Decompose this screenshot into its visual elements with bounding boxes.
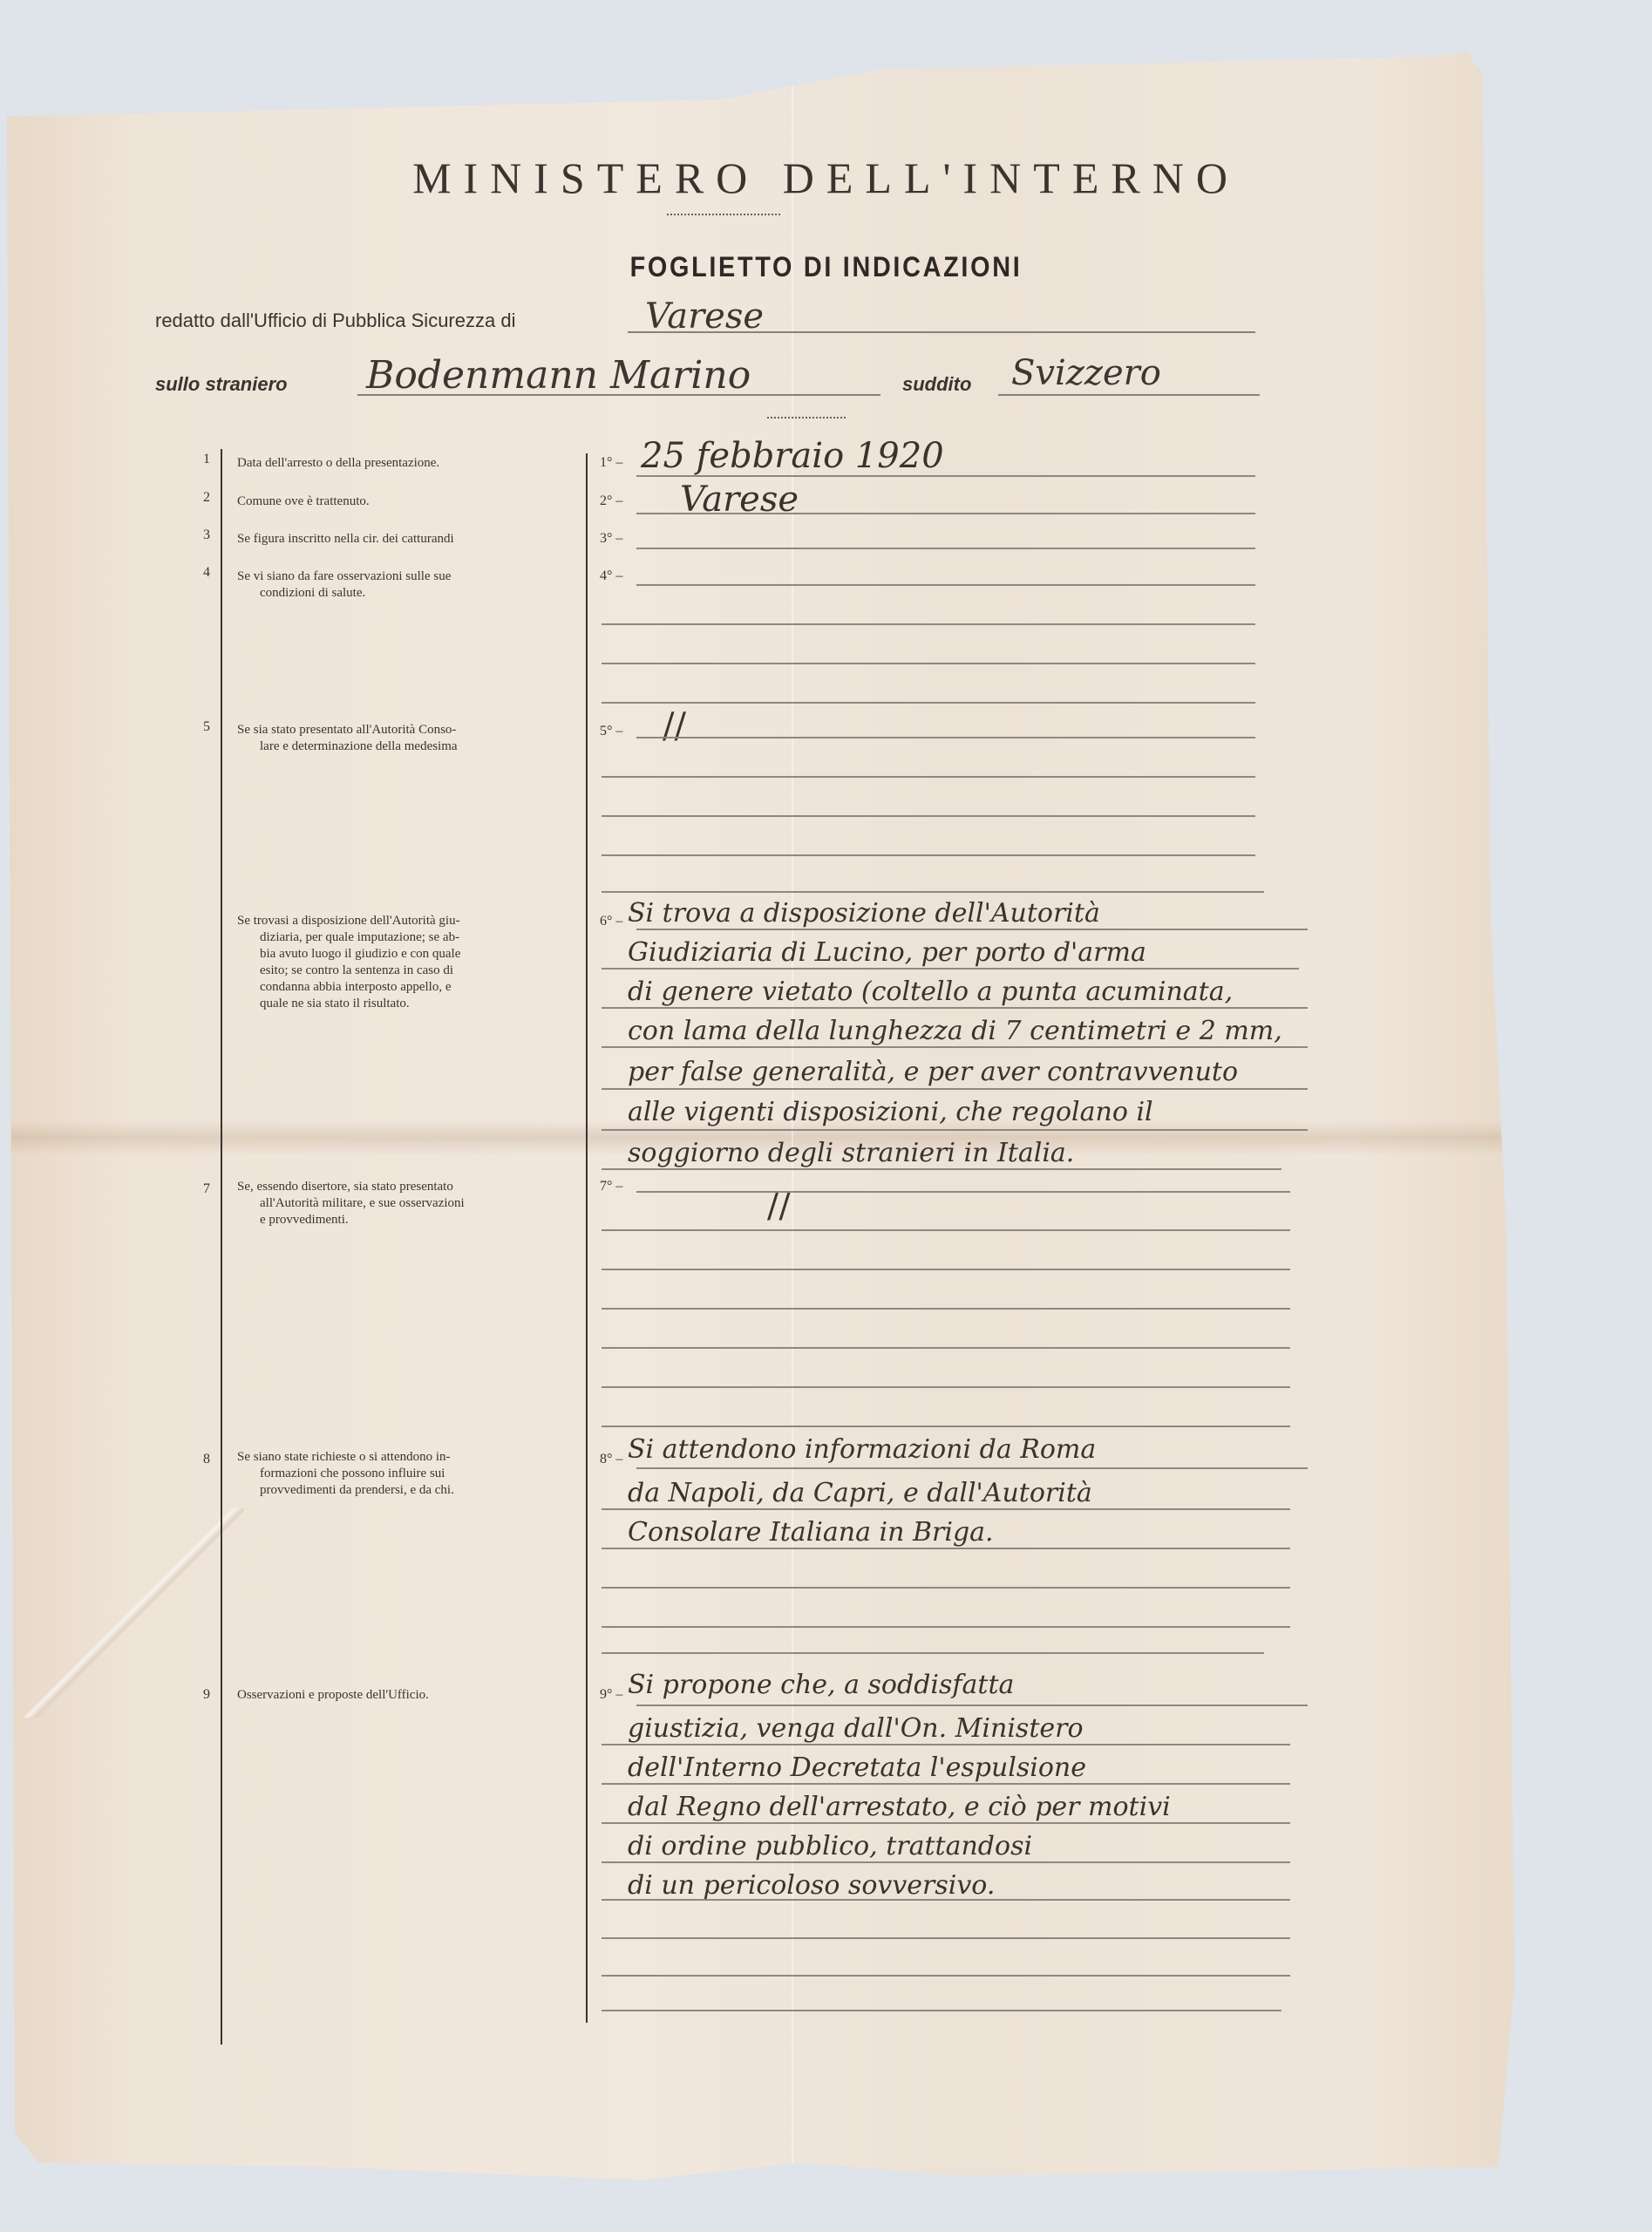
foreigner-label: sullo straniero: [155, 373, 288, 396]
answer-text: //: [663, 706, 686, 746]
answer-line: [636, 1191, 1290, 1193]
answer-prefix: 8° –: [600, 1452, 622, 1467]
answer-text: per false generalità, e per aver contrav…: [628, 1057, 1238, 1087]
answer-text: giustizia, venga dall'On. Ministero: [628, 1713, 1084, 1744]
item-number: 1: [194, 452, 220, 467]
ministry-title: MINISTERO DELL'INTERNO: [0, 153, 1652, 203]
answer-line: [602, 1744, 1290, 1745]
answer-text: 25 febbraio 1920: [641, 436, 944, 476]
answer-line: [602, 1508, 1290, 1510]
office-label: redatto dall'Ufficio di Pubblica Sicurez…: [155, 310, 515, 332]
answer-text: dell'Interno Decretata l'espulsione: [628, 1752, 1086, 1783]
answer-prefix: 3° –: [600, 531, 622, 547]
answer-line: [602, 623, 1255, 625]
answer-text: Consolare Italiana in Briga.: [628, 1517, 994, 1548]
answer-line: [602, 1347, 1290, 1349]
office-underline: [628, 331, 1255, 333]
answer-line: [602, 1426, 1290, 1427]
item-label: Osservazioni e proposte dell'Ufficio.: [237, 1687, 429, 1704]
item-number: 5: [194, 719, 220, 735]
item-label: Se figura inscritto nella cir. dei cattu…: [237, 531, 454, 548]
answer-line: [602, 1899, 1290, 1901]
label-column-rule: [586, 453, 588, 2023]
answer-line: [636, 513, 1255, 514]
answer-line: [602, 1783, 1290, 1785]
item-label: Comune ove è trattenuto.: [237, 493, 370, 510]
answer-line: [636, 929, 1308, 930]
answer-line: [636, 1467, 1308, 1469]
item-label: Se siano state richieste o si attendono …: [237, 1449, 454, 1499]
answer-line: [636, 737, 1255, 738]
answer-line: [602, 1587, 1290, 1589]
foreigner-underline: [357, 394, 880, 396]
answer-line: [602, 854, 1255, 856]
item-number: 7: [194, 1181, 220, 1197]
header-ornament-rule: [767, 417, 846, 418]
answer-line: [602, 815, 1255, 817]
item-label: Se vi siano da fare osservazioni sulle s…: [237, 568, 451, 602]
answer-prefix: 6° –: [600, 914, 622, 929]
answer-line: [602, 1269, 1290, 1270]
answer-line: [602, 1861, 1290, 1863]
answer-text: di un pericoloso sovversivo.: [628, 1870, 995, 1901]
subject-value: Svizzero: [1011, 353, 1161, 393]
answer-line: [602, 1626, 1290, 1628]
answer-line: [636, 475, 1255, 477]
answer-text: soggiorno degli stranieri in Italia.: [628, 1138, 1074, 1168]
answer-prefix: 9° –: [600, 1687, 622, 1703]
item-number: 9: [194, 1687, 220, 1703]
answer-line: [602, 1046, 1308, 1048]
number-column-rule: [221, 449, 222, 2045]
answer-line: [602, 776, 1255, 778]
answer-line: [602, 1129, 1308, 1131]
title-ornament-rule: [667, 214, 780, 215]
subject-underline: [998, 394, 1260, 396]
answer-line: [602, 1168, 1281, 1170]
answer-line: [602, 1007, 1308, 1009]
answer-text: Si attendono informazioni da Roma: [628, 1434, 1096, 1465]
answer-line: [636, 584, 1255, 586]
answer-line: [602, 2010, 1281, 2011]
answer-line: [602, 1975, 1290, 1977]
answer-text: di ordine pubblico, trattandosi: [628, 1831, 1032, 1861]
answer-prefix: 7° –: [600, 1179, 622, 1194]
answer-prefix: 2° –: [600, 493, 622, 509]
answer-line: [602, 1229, 1290, 1231]
item-number: 2: [194, 490, 220, 506]
item-label: Se sia stato presentato all'Autorità Con…: [237, 722, 458, 755]
answer-line: [602, 1937, 1290, 1939]
answer-text: Si propone che, a soddisfatta: [628, 1670, 1014, 1700]
answer-text: dal Regno dell'arrestato, e ciò per moti…: [628, 1792, 1171, 1822]
item-number: 8: [194, 1452, 220, 1467]
answer-text: con lama della lunghezza di 7 centimetri…: [628, 1016, 1282, 1046]
item-label: Se trovasi a disposizione dell'Autorità …: [237, 913, 460, 1012]
subject-label: suddito: [902, 373, 971, 396]
item-label: Se, essendo disertore, sia stato present…: [237, 1179, 465, 1228]
answer-line: [602, 1308, 1290, 1310]
answer-line: [602, 1088, 1308, 1090]
answer-line: [602, 1386, 1290, 1388]
answer-line: [602, 891, 1264, 893]
answer-prefix: 4° –: [600, 568, 622, 584]
answer-text: Giudiziaria di Lucino, per porto d'arma: [628, 937, 1146, 968]
item-number: 3: [194, 527, 220, 543]
answer-text: di genere vietato (coltello a punta acum…: [628, 976, 1233, 1007]
item-number: 4: [194, 565, 220, 581]
foreigner-value: Bodenmann Marino: [366, 353, 751, 398]
answer-prefix: 5° –: [600, 724, 622, 739]
answer-line: [602, 968, 1299, 970]
answer-line: [602, 1822, 1290, 1824]
paper-tear: [17, 1508, 244, 1718]
answer-text: alle vigenti disposizioni, che regolano …: [628, 1097, 1153, 1127]
form-title: FOGLIETTO DI INDICAZIONI: [83, 251, 1570, 283]
answer-prefix: 1° –: [600, 455, 622, 471]
answer-line: [602, 702, 1255, 704]
answer-line: [602, 1548, 1290, 1549]
answer-line: [636, 548, 1255, 549]
answer-line: [602, 663, 1255, 664]
answer-line: [636, 1705, 1308, 1706]
answer-line: [602, 1652, 1264, 1654]
answer-text: da Napoli, da Capri, e dall'Autorità: [628, 1478, 1092, 1508]
item-label: Data dell'arresto o della presentazione.: [237, 455, 439, 472]
answer-text: Si trova a disposizione dell'Autorità: [628, 898, 1100, 929]
